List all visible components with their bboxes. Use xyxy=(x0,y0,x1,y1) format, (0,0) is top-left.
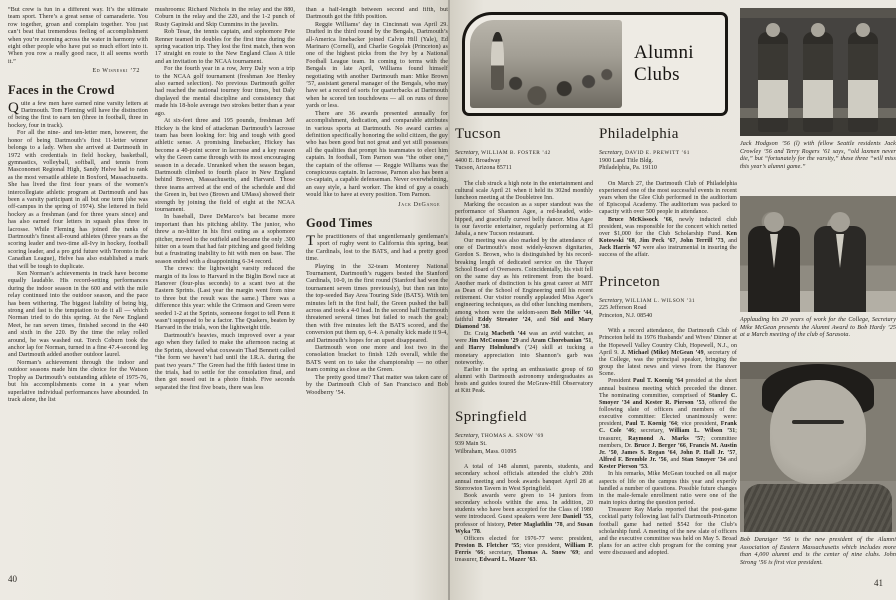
paragraph: Dartmouth’s heavies, much improved over … xyxy=(155,333,295,392)
paragraph: Rob Tesar, the tennis captain, and sopho… xyxy=(155,29,295,66)
secretary-block: Secretary, WILLIAM L. WILSON ’31225 Jeff… xyxy=(599,298,737,321)
left-page-column-3: than a half-length between second and fi… xyxy=(306,7,448,585)
paragraph: “But crew is fun in a different way. It’… xyxy=(8,7,148,66)
left-page-column-2: mushrooms: Richard Nichols in the relay … xyxy=(155,7,295,585)
portrait-face xyxy=(770,380,866,484)
portrait-suit xyxy=(744,484,892,532)
secretary-label: Secretary, xyxy=(455,150,481,156)
secretary-name: WILLIAM B. FOSTER ’42 xyxy=(481,150,551,156)
award-presentation-photo xyxy=(740,196,896,312)
player-figure xyxy=(803,32,833,132)
secretary-label: Secretary, xyxy=(599,150,625,156)
section-heading: Princeton xyxy=(599,274,737,291)
club-meeting-photo xyxy=(470,20,622,108)
secretary-block: Secretary, WILLIAM B. FOSTER ’424400 E. … xyxy=(455,150,593,173)
paragraph: Norman’s achievement through the indoor … xyxy=(8,360,148,404)
paragraph: President Paul T. Koenig ’64 presided at… xyxy=(599,378,737,471)
section-heading: Faces in the Crowd xyxy=(8,83,148,97)
right-page-column-1: TucsonSecretary, WILLIAM B. FOSTER ’4244… xyxy=(455,126,593,598)
masthead-title: Alumni Clubs xyxy=(622,20,720,108)
secretary-name: WILLIAM L. WILSON ’31 xyxy=(625,298,695,304)
section-heading: Good Times xyxy=(306,216,448,230)
paragraph: On March 27, the Dartmouth Club of Phila… xyxy=(599,181,737,217)
right-page-column-2: PhiladelphiaSecretary, DAVID E. PREWITT … xyxy=(599,126,737,598)
paragraph: The practitioners of that ungentlemanly … xyxy=(306,234,448,264)
page-fold xyxy=(448,0,450,600)
masthead-title-line1: Alumni xyxy=(634,42,720,64)
paragraph: Dr. Craig Macbeth ’44 was an avid watche… xyxy=(455,331,593,367)
paragraph: Treasurer Ray Marks reported that the po… xyxy=(599,507,737,557)
secretary-address-line: 1900 Land Title Bldg. xyxy=(599,158,737,166)
secretary-address-line: 225 Jefferson Road xyxy=(599,305,737,313)
paragraph: At six-feet three and 195 pounds, freshm… xyxy=(155,118,295,214)
left-page-column-1: “But crew is fun in a different way. It’… xyxy=(8,7,148,585)
paragraph: There are 36 awards presented annually f… xyxy=(306,111,448,200)
paragraph: For the fourth year in a row, Jerry Daly… xyxy=(155,66,295,118)
portrait-brow xyxy=(792,420,844,424)
magazine-spread: “But crew is fun in a different way. It’… xyxy=(0,0,896,600)
masthead-title-line2: Clubs xyxy=(634,64,720,86)
paragraph: Quite a few men have earned nine varsity… xyxy=(8,101,148,131)
paragraph: Earlier in the spring an enthusiastic gr… xyxy=(455,367,593,396)
secretary-address-line: Wilbraham, Mass. 01095 xyxy=(455,449,593,457)
secretary-block: Secretary, DAVID E. PREWITT ’611900 Land… xyxy=(599,150,737,173)
paragraph: Book awards were given to 14 juniors fro… xyxy=(455,493,593,536)
paragraph: In baseball, Dave DeMarco’s bat became m… xyxy=(155,214,295,266)
right-page-number: 41 xyxy=(874,578,883,588)
section-heading: Springfield xyxy=(455,409,593,426)
player-figure xyxy=(758,32,788,132)
paragraph: With a record attendance, the Dartmouth … xyxy=(599,328,737,378)
drop-cap: Q xyxy=(8,101,21,115)
secretary-address-line: Princeton, N.J. 08540 xyxy=(599,313,737,321)
left-page-number: 40 xyxy=(8,574,17,584)
paragraph: Officers elected for 1976-77 were: presi… xyxy=(455,536,593,565)
secretary-address-line: Tucson, Arizona 85711 xyxy=(455,165,593,173)
paragraph: Reggie Williams’ day in Cincinnati was A… xyxy=(306,22,448,111)
lacrosse-alumni-photo xyxy=(740,8,896,136)
suited-figure xyxy=(748,226,800,312)
author-signature: Ed Wisneski ’72 xyxy=(8,68,140,75)
award-photo-caption: Applauding his 20 years of work for the … xyxy=(740,317,896,340)
paragraph: than a half-length between second and fi… xyxy=(306,7,448,22)
paragraph: Our meeting was also marked by the atten… xyxy=(455,238,593,331)
author-signature: Jack DeGange xyxy=(306,202,440,209)
paragraph: The crews: the lightweight varsity reduc… xyxy=(155,266,295,333)
bob-danziger-portrait-photo xyxy=(740,362,896,532)
secretary-name: DAVID E. PREWITT ’61 xyxy=(625,150,690,156)
secretary-address-line: Philadelphia, Pa. 19110 xyxy=(599,165,737,173)
section-heading: Tucson xyxy=(455,126,593,143)
paragraph: The club struck a high note in the enter… xyxy=(455,181,593,202)
secretary-block: Secretary, THOMAS A. SNOW ’69939 Main St… xyxy=(455,433,593,456)
paragraph: mushrooms: Richard Nichols in the relay … xyxy=(155,7,295,29)
alumni-clubs-masthead: Alumni Clubs xyxy=(462,12,728,116)
paragraph: In his remarks, Mike McGean touched on a… xyxy=(599,471,737,507)
portrait-photo-caption: Bob Danziger ’56 is the new president of… xyxy=(740,537,896,568)
secretary-address-line: 4400 E. Broadway xyxy=(455,158,593,166)
section-heading: Philadelphia xyxy=(599,126,737,143)
drop-cap: T xyxy=(306,234,317,248)
paragraph: Dartmouth won one more and lost two in t… xyxy=(306,345,448,375)
paragraph: Bruce McKissock ’66, newly inducted club… xyxy=(599,217,737,260)
secretary-name: THOMAS A. SNOW ’69 xyxy=(481,433,544,439)
paragraph: Marking the occasion as a super standout… xyxy=(455,202,593,238)
player-figure xyxy=(848,32,878,132)
lacrosse-photo-caption: Jack Hodgson ’56 (l) with fellow Seattle… xyxy=(740,141,896,172)
paragraph: A total of 148 alumni, parents, students… xyxy=(455,464,593,493)
secretary-label: Secretary, xyxy=(455,433,481,439)
secretary-address-line: 939 Main St. xyxy=(455,441,593,449)
suited-figure xyxy=(814,226,866,312)
paragraph: Playing in the 32-team Monterey National… xyxy=(306,264,448,345)
secretary-label: Secretary, xyxy=(599,298,625,304)
paragraph: For all the nine- and ten-letter men, ho… xyxy=(8,130,148,271)
paragraph: Ken Norman’s achievements in track have … xyxy=(8,271,148,360)
paragraph: The pretty good time? That matter was ta… xyxy=(306,375,448,397)
